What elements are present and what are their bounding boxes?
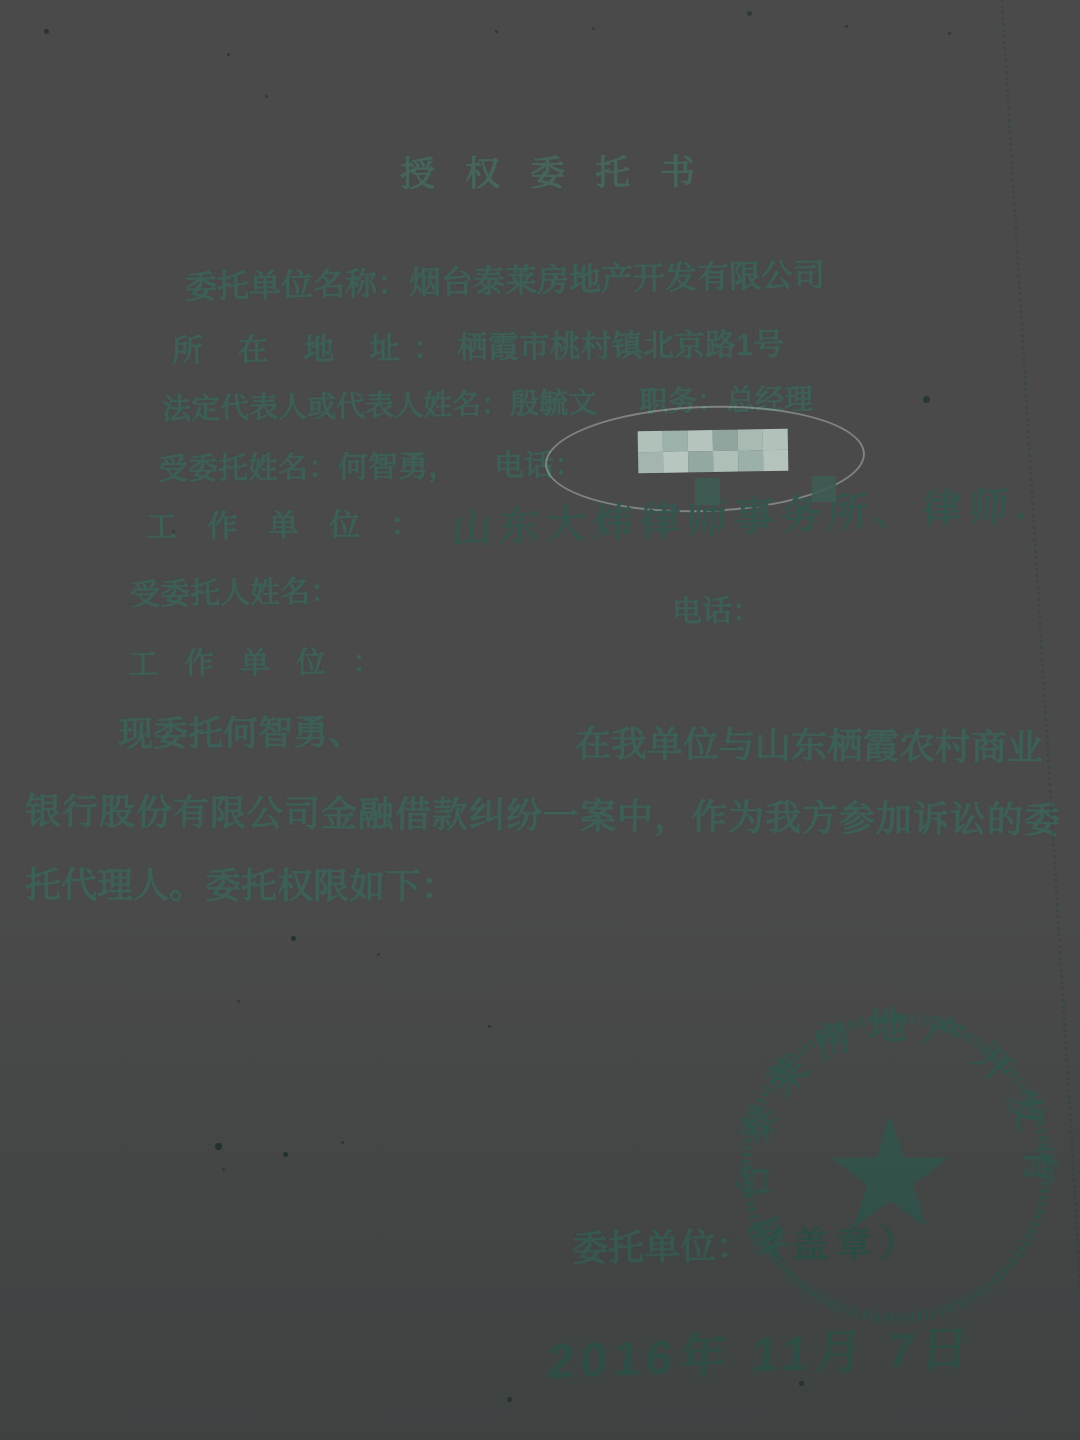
- handwriting-redaction-square: [695, 478, 720, 505]
- field-work-unit-2: 工作单位：: [128, 637, 408, 684]
- field-work-unit-1: 工作单位：: [146, 499, 451, 547]
- paragraph-part4: 托代理人。委托权限如下：: [25, 857, 457, 910]
- work-unit-1-handwritten-value: 山东大炜律师事务所、律师.: [451, 474, 1035, 556]
- document-photo: 授权委托书 委托单位名称：烟台泰莱房地产开发有限公司 所 在 地 址：栖霞市桃村…: [0, 0, 1080, 1440]
- field-address: 所 在 地 址：栖霞市桃村镇北京路1号: [172, 319, 785, 370]
- legal-rep-value: 殷毓文: [510, 387, 598, 420]
- field-entrusted2-phone: 电话：: [672, 586, 762, 631]
- legal-rep-label: 法定代表人或代表人姓名：: [162, 389, 510, 426]
- handwriting-redaction-square: [812, 476, 836, 502]
- paragraph-part2: 在我单位与山东栖霞农村商业: [575, 716, 1043, 771]
- address-label: 所 在 地 址：: [172, 330, 457, 368]
- field-client-name: 委托单位名称：烟台泰莱房地产开发有限公司: [185, 250, 826, 308]
- stamp-star: [831, 1115, 949, 1227]
- paragraph-part3: 银行股份有限公司金融借款纠纷一案中，作为我方参加诉讼的委: [25, 783, 1061, 843]
- client-name-value: 烟台泰莱房地产开发有限公司: [409, 257, 826, 301]
- field-entrusted-name: 受委托姓名：何智勇，电话：: [158, 440, 584, 488]
- entrusted2-name-label: 受委托人姓名：: [130, 575, 341, 612]
- signature-unit-label: 委托单位：: [572, 1225, 753, 1269]
- stamp-company-text: 烟台泰莱房地产开发有限公司: [702, 974, 1070, 1270]
- phone-redaction-mosaic: [638, 429, 789, 474]
- company-seal-stamp: 烟台泰莱房地产开发有限公司: [702, 974, 1080, 1365]
- document-title: 授权委托书: [400, 145, 725, 197]
- entrusted-name-label: 受委托姓名：: [158, 451, 338, 486]
- work-unit-1-label: 工作单位：: [146, 507, 451, 545]
- svg-text:烟台泰莱房地产开发有限公司: 烟台泰莱房地产开发有限公司: [702, 974, 1070, 1270]
- entrusted-name-value: 何智勇，: [338, 450, 458, 484]
- work-unit-2-label: 工作单位：: [128, 646, 408, 682]
- entrusted2-phone-label: 电话：: [672, 595, 762, 629]
- field-entrusted2-name: 受委托人姓名：: [130, 566, 341, 614]
- paragraph-part1: 现委托何智勇、: [118, 705, 363, 757]
- address-value: 栖霞市桃村镇北京路1号: [457, 327, 785, 365]
- client-name-label: 委托单位名称：: [185, 265, 410, 305]
- dust-specks: [0, 0, 3, 3]
